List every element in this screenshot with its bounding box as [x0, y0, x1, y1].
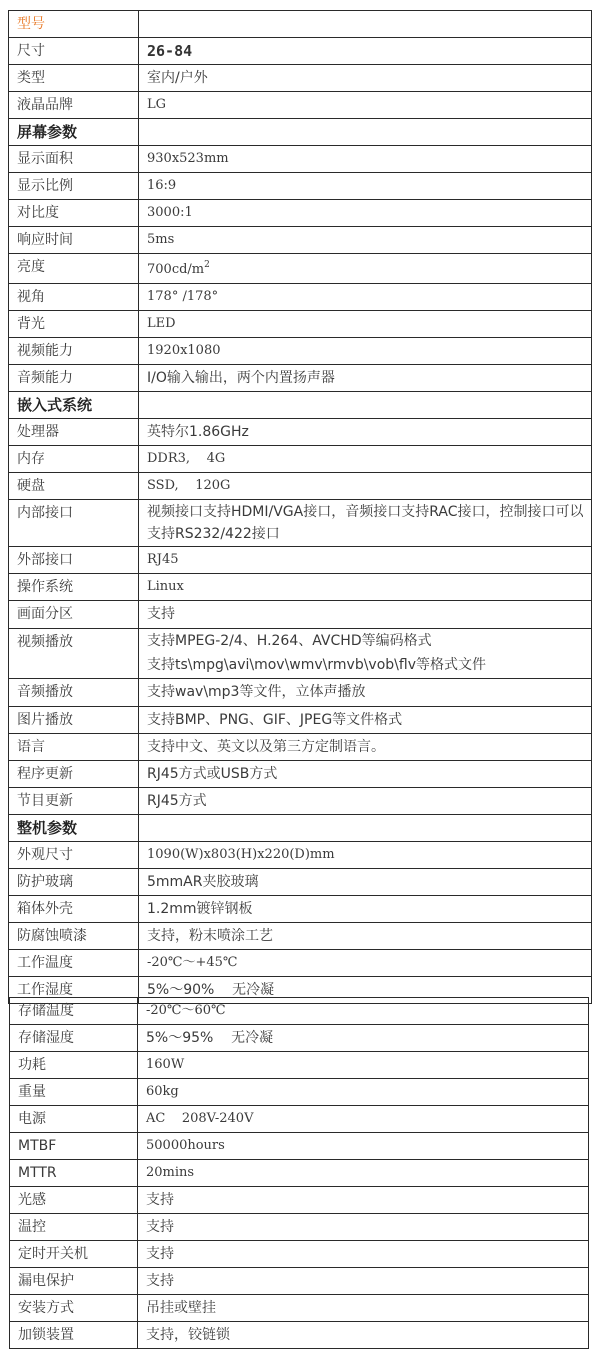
- spec-value: -20℃～60℃: [138, 998, 589, 1025]
- table-row: 外部接口RJ45: [9, 547, 592, 574]
- spec-value: 930x523mm: [139, 146, 592, 173]
- spec-label: 硬盘: [9, 473, 139, 500]
- spec-value-line: 支持MPEG-2/4、H.264、AVCHD等编码格式: [147, 629, 591, 653]
- spec-label: 防腐蚀喷漆: [9, 923, 139, 950]
- spec-label: 亮度: [9, 254, 139, 284]
- table-row: 音频播放支持wav\mp3等文件，立体声播放: [9, 679, 592, 707]
- spec-label: 视频能力: [9, 338, 139, 365]
- spec-label: 定时开关机: [10, 1241, 138, 1268]
- spec-table-lower-body: 存储温度-20℃～60℃存储湿度5%～95% 无冷凝功耗160W重量60kg电源…: [10, 998, 589, 1349]
- superscript: 2: [204, 260, 210, 270]
- spec-value: RJ45方式或USB方式: [139, 761, 592, 788]
- table-row: 防腐蚀喷漆支持，粉末喷涂工艺: [9, 923, 592, 950]
- table-row: 存储湿度5%～95% 无冷凝: [10, 1025, 589, 1052]
- spec-value: [139, 815, 592, 842]
- spec-label: 重量: [10, 1079, 138, 1106]
- section-header-row: 嵌入式系统: [9, 392, 592, 419]
- spec-label: 存储湿度: [10, 1025, 138, 1052]
- spec-value: 20mins: [138, 1160, 589, 1187]
- spec-label: 内存: [9, 446, 139, 473]
- table-row: 画面分区支持: [9, 601, 592, 629]
- spec-value: 支持: [138, 1187, 589, 1214]
- spec-label: 音频播放: [9, 679, 139, 707]
- table-row: 定时开关机支持: [10, 1241, 589, 1268]
- spec-value: [139, 11, 592, 38]
- spec-value: 支持，粉末喷涂工艺: [139, 923, 592, 950]
- spec-label: 安装方式: [10, 1295, 138, 1322]
- spec-value: 700cd/m2: [139, 254, 592, 284]
- table-row: 漏电保护支持: [10, 1268, 589, 1295]
- spec-label: 背光: [9, 311, 139, 338]
- spec-value-line: 支持ts\mpg\avi\mov\wmv\rmvb\vob\flv等格式文件: [147, 653, 591, 677]
- table-row: 内部接口视频接口支持HDMI/VGA接口，音频接口支持RAC接口，控制接口可以支…: [9, 500, 592, 547]
- table-row: 视频能力1920x1080: [9, 338, 592, 365]
- spec-value: 英特尔1.86GHz: [139, 419, 592, 446]
- table-row: 响应时间5ms: [9, 227, 592, 254]
- table-row: 处理器英特尔1.86GHz: [9, 419, 592, 446]
- table-row: 音频能力I/O输入输出，两个内置扬声器: [9, 365, 592, 392]
- table-row: 显示比例16:9: [9, 173, 592, 200]
- table-row: 箱体外壳1.2mm镀锌钢板: [9, 896, 592, 923]
- table-row: 温控支持: [10, 1214, 589, 1241]
- spec-label: 工作温度: [9, 950, 139, 977]
- table-row: 尺寸26-84: [9, 38, 592, 65]
- table-row: 液晶品牌LG: [9, 92, 592, 119]
- spec-value: 60kg: [138, 1079, 589, 1106]
- spec-value: I/O输入输出，两个内置扬声器: [139, 365, 592, 392]
- spec-label: 防护玻璃: [9, 869, 139, 896]
- spec-value: RJ45: [139, 547, 592, 574]
- spec-value: 3000:1: [139, 200, 592, 227]
- spec-value: 5%～95% 无冷凝: [138, 1025, 589, 1052]
- table-row: 亮度700cd/m2: [9, 254, 592, 284]
- spec-label: 加锁装置: [10, 1322, 138, 1349]
- spec-label: 视频播放: [9, 629, 139, 679]
- table-row: 背光LED: [9, 311, 592, 338]
- section-header-row: 屏幕参数: [9, 119, 592, 146]
- spec-value: 5mmAR夹胶玻璃: [139, 869, 592, 896]
- spec-label: 处理器: [9, 419, 139, 446]
- spec-value: 支持wav\mp3等文件，立体声播放: [139, 679, 592, 707]
- table-row: 防护玻璃5mmAR夹胶玻璃: [9, 869, 592, 896]
- spec-label: MTBF: [10, 1133, 138, 1160]
- table-row: 显示面积930x523mm: [9, 146, 592, 173]
- spec-value: 视频接口支持HDMI/VGA接口，音频接口支持RAC接口，控制接口可以支持RS2…: [139, 500, 592, 547]
- spec-value: [139, 392, 592, 419]
- table-row: 语言支持中文、英文以及第三方定制语言。: [9, 734, 592, 761]
- spec-label: 显示面积: [9, 146, 139, 173]
- spec-value: 支持: [138, 1241, 589, 1268]
- spec-value-text: 700cd/m: [147, 262, 204, 277]
- table-row: 光感支持: [10, 1187, 589, 1214]
- table-row: 重量60kg: [10, 1079, 589, 1106]
- table-row: MTBF50000hours: [10, 1133, 589, 1160]
- spec-table-lower: 存储温度-20℃～60℃存储湿度5%～95% 无冷凝功耗160W重量60kg电源…: [9, 997, 589, 1349]
- table-row: 对比度3000:1: [9, 200, 592, 227]
- table-row: 操作系统Linux: [9, 574, 592, 601]
- table-row: 内存DDR3, 4G: [9, 446, 592, 473]
- spec-label: 箱体外壳: [9, 896, 139, 923]
- section-title: 整机参数: [9, 815, 139, 842]
- section-header-row: 整机参数: [9, 815, 592, 842]
- spec-label: 温控: [10, 1214, 138, 1241]
- spec-value: 1920x1080: [139, 338, 592, 365]
- spec-value: 室内/户外: [139, 65, 592, 92]
- spec-label: MTTR: [10, 1160, 138, 1187]
- table-row: MTTR20mins: [10, 1160, 589, 1187]
- table-row: 硬盘SSD, 120G: [9, 473, 592, 500]
- spec-label: 外部接口: [9, 547, 139, 574]
- spec-label: 外观尺寸: [9, 842, 139, 869]
- spec-label: 电源: [10, 1106, 138, 1133]
- spec-value: 160W: [138, 1052, 589, 1079]
- spec-label: 画面分区: [9, 601, 139, 629]
- spec-value: 178° /178°: [139, 284, 592, 311]
- section-title: 嵌入式系统: [9, 392, 139, 419]
- spec-label: 光感: [10, 1187, 138, 1214]
- spec-label: 响应时间: [9, 227, 139, 254]
- spec-value: [139, 119, 592, 146]
- spec-label: 程序更新: [9, 761, 139, 788]
- table-row: 类型室内/户外: [9, 65, 592, 92]
- spec-value: LED: [139, 311, 592, 338]
- table-row: 程序更新RJ45方式或USB方式: [9, 761, 592, 788]
- spec-value: 吊挂或壁挂: [138, 1295, 589, 1322]
- spec-label: 存储温度: [10, 998, 138, 1025]
- spec-value: 支持BMP、PNG、GIF、JPEG等文件格式: [139, 707, 592, 734]
- spec-value: -20℃～+45℃: [139, 950, 592, 977]
- spec-value: 50000hours: [138, 1133, 589, 1160]
- spec-value: 支持MPEG-2/4、H.264、AVCHD等编码格式支持ts\mpg\avi\…: [139, 629, 592, 679]
- table-row: 图片播放支持BMP、PNG、GIF、JPEG等文件格式: [9, 707, 592, 734]
- table-row: 存储温度-20℃～60℃: [10, 998, 589, 1025]
- table-row: 视频播放支持MPEG-2/4、H.264、AVCHD等编码格式支持ts\mpg\…: [9, 629, 592, 679]
- spec-value: 支持: [139, 601, 592, 629]
- spec-label: 功耗: [10, 1052, 138, 1079]
- spec-value: 16:9: [139, 173, 592, 200]
- spec-value: DDR3, 4G: [139, 446, 592, 473]
- spec-label: 视角: [9, 284, 139, 311]
- spec-value: 1090(W)x803(H)x220(D)mm: [139, 842, 592, 869]
- spec-value: SSD, 120G: [139, 473, 592, 500]
- table-row: 型号: [9, 11, 592, 38]
- table-row: 电源AC 208V-240V: [10, 1106, 589, 1133]
- spec-value: 支持，铰链锁: [138, 1322, 589, 1349]
- spec-label: 对比度: [9, 200, 139, 227]
- table-row: 工作温度-20℃～+45℃: [9, 950, 592, 977]
- spec-table-upper: 型号尺寸26-84类型室内/户外液晶品牌LG屏幕参数显示面积930x523mm显…: [8, 10, 592, 1004]
- spec-value: 26-84: [139, 38, 592, 65]
- spec-label: 型号: [9, 11, 139, 38]
- spec-label: 图片播放: [9, 707, 139, 734]
- section-title: 屏幕参数: [9, 119, 139, 146]
- spec-value: AC 208V-240V: [138, 1106, 589, 1133]
- spec-label: 漏电保护: [10, 1268, 138, 1295]
- spec-value: 支持: [138, 1214, 589, 1241]
- spec-value: 支持: [138, 1268, 589, 1295]
- spec-label: 显示比例: [9, 173, 139, 200]
- spec-value: 支持中文、英文以及第三方定制语言。: [139, 734, 592, 761]
- spec-table-upper-body: 型号尺寸26-84类型室内/户外液晶品牌LG屏幕参数显示面积930x523mm显…: [9, 11, 592, 1004]
- spec-label: 类型: [9, 65, 139, 92]
- spec-value: 1.2mm镀锌钢板: [139, 896, 592, 923]
- spec-value: LG: [139, 92, 592, 119]
- spec-label: 节目更新: [9, 788, 139, 815]
- spec-label: 尺寸: [9, 38, 139, 65]
- spec-value: RJ45方式: [139, 788, 592, 815]
- table-row: 视角178° /178°: [9, 284, 592, 311]
- table-row: 功耗160W: [10, 1052, 589, 1079]
- spec-label: 音频能力: [9, 365, 139, 392]
- table-row: 加锁装置支持，铰链锁: [10, 1322, 589, 1349]
- table-row: 外观尺寸1090(W)x803(H)x220(D)mm: [9, 842, 592, 869]
- table-row: 安装方式吊挂或壁挂: [10, 1295, 589, 1322]
- spec-label: 液晶品牌: [9, 92, 139, 119]
- spec-value: 5ms: [139, 227, 592, 254]
- spec-label: 内部接口: [9, 500, 139, 547]
- spec-label: 操作系统: [9, 574, 139, 601]
- spec-label: 语言: [9, 734, 139, 761]
- table-row: 节目更新RJ45方式: [9, 788, 592, 815]
- spec-value: Linux: [139, 574, 592, 601]
